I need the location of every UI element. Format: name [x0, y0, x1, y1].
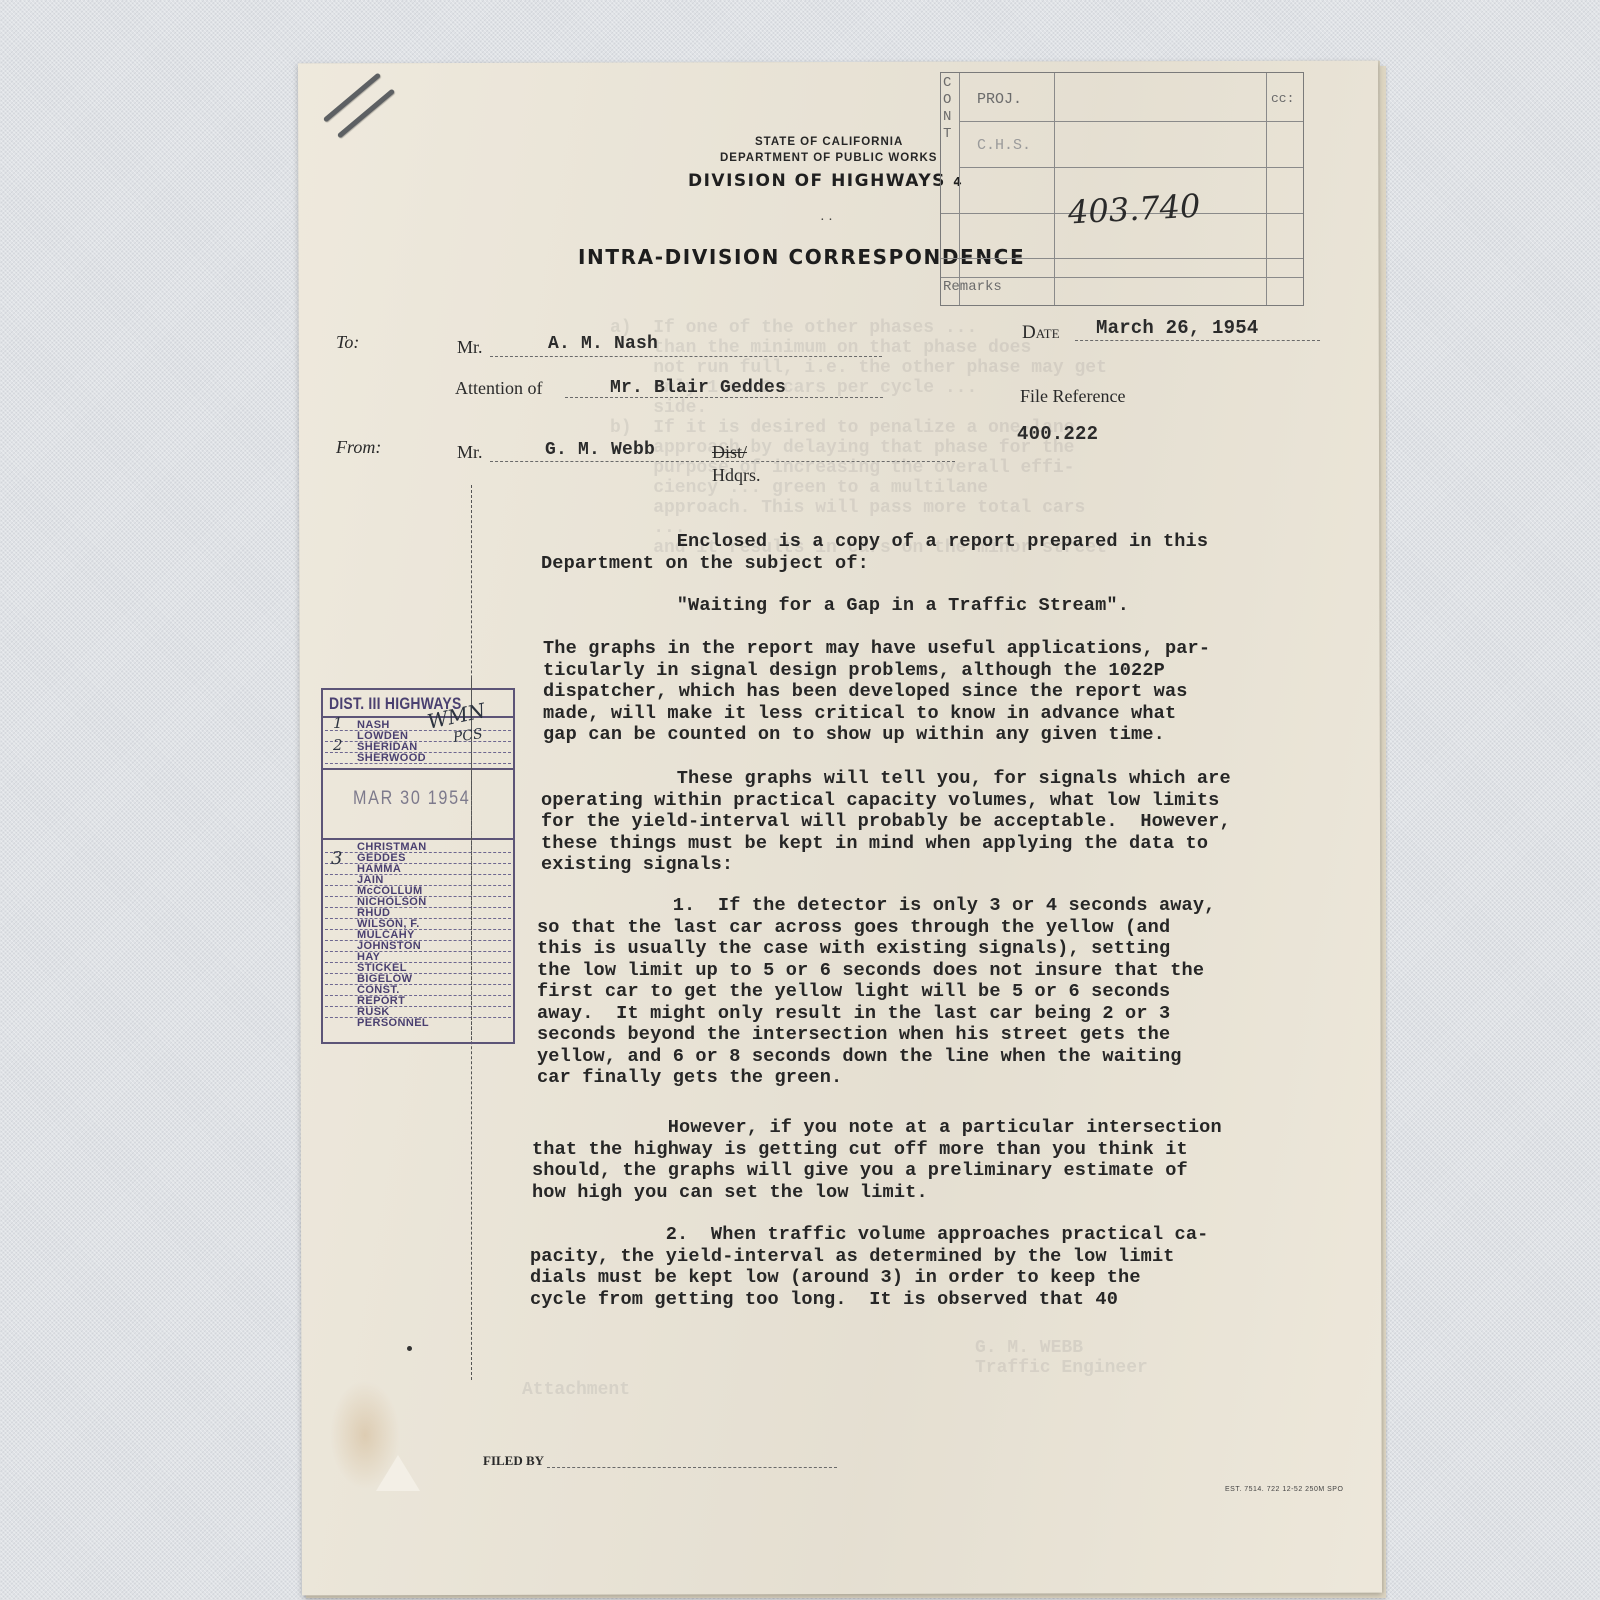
routing-mark-1: 1: [333, 714, 343, 732]
bleed-through-signature: G. M. WEBB Traffic Engineer: [975, 1338, 1148, 1378]
from-prefix: Mr.: [457, 442, 483, 463]
from-label: From:: [336, 437, 381, 458]
paragraph-enclosed: Enclosed is a copy of a report prepared …: [541, 531, 1208, 574]
paper-tear: [376, 1455, 420, 1491]
letterhead-division: DIVISION OF HIGHWAYS 4: [688, 171, 963, 191]
routing-side-letters: CONT: [943, 75, 955, 143]
attention-name: Mr. Blair Geddes: [610, 378, 786, 398]
ink-dot: [407, 1346, 412, 1351]
division-name: DIVISION OF HIGHWAYS: [688, 171, 946, 191]
date-value: March 26, 1954: [1096, 317, 1258, 339]
remarks-label: Remarks: [943, 279, 1002, 295]
paragraph-item-2: 2. When traffic volume approaches practi…: [530, 1224, 1208, 1310]
received-date-stamp: MAR 30 1954: [353, 788, 470, 810]
paragraph-however: However, if you note at a particular int…: [532, 1117, 1222, 1203]
from-hdqrs: Hdqrs.: [712, 465, 761, 486]
paragraph-these-graphs: These graphs will tell you, for signals …: [541, 768, 1231, 876]
report-subject: "Waiting for a Gap in a Traffic Stream".: [541, 595, 1129, 617]
to-name: A. M. Nash: [548, 334, 658, 354]
date-dotline: [1075, 340, 1320, 341]
bleed-through-attachment: Attachment: [522, 1380, 630, 1400]
routing-mark-2: 2: [333, 736, 343, 754]
routing-mark-3: 3: [331, 848, 342, 869]
date-label: Date: [1022, 322, 1060, 344]
stamp-name: PERSONNEL: [357, 1018, 429, 1029]
form-number: EST. 7514. 722 12-52 250M SPO: [1225, 1486, 1343, 1493]
to-dotline: [490, 356, 882, 357]
letterhead-dots: · ·: [820, 213, 833, 229]
file-reference-label: File Reference: [1020, 386, 1125, 407]
letterhead-department: DEPARTMENT OF PUBLIC WORKS: [720, 152, 937, 164]
attention-label: Attention of: [455, 378, 543, 399]
from-dist: Dist/: [712, 442, 747, 463]
to-prefix: Mr.: [457, 337, 483, 358]
paragraph-graphs: The graphs in the report may have useful…: [543, 638, 1210, 746]
proj-label: PROJ.: [977, 91, 1022, 108]
paragraph-item-1: 1. If the detector is only 3 or 4 second…: [537, 895, 1215, 1089]
routing-row2-value: C.H.S.: [977, 137, 1031, 154]
routing-box: CONT PROJ. C.H.S. cc: Remarks: [940, 72, 1304, 306]
to-label: To:: [336, 332, 359, 353]
distribution-stamp: DIST. III HIGHWAYS NASH LOWDEN SHERIDAN …: [321, 688, 515, 1044]
filed-by-label: Filed by: [483, 1453, 544, 1469]
handwritten-initials: PCS: [452, 726, 484, 746]
filed-by-dotline: [547, 1467, 837, 1468]
cc-label: cc:: [1271, 91, 1294, 106]
file-reference-value: 400.222: [1017, 423, 1098, 445]
letterhead-state: STATE OF CALIFORNIA: [755, 136, 903, 148]
from-name: G. M. Webb: [545, 440, 655, 460]
handwritten-file-number: 403.740: [1067, 187, 1201, 232]
